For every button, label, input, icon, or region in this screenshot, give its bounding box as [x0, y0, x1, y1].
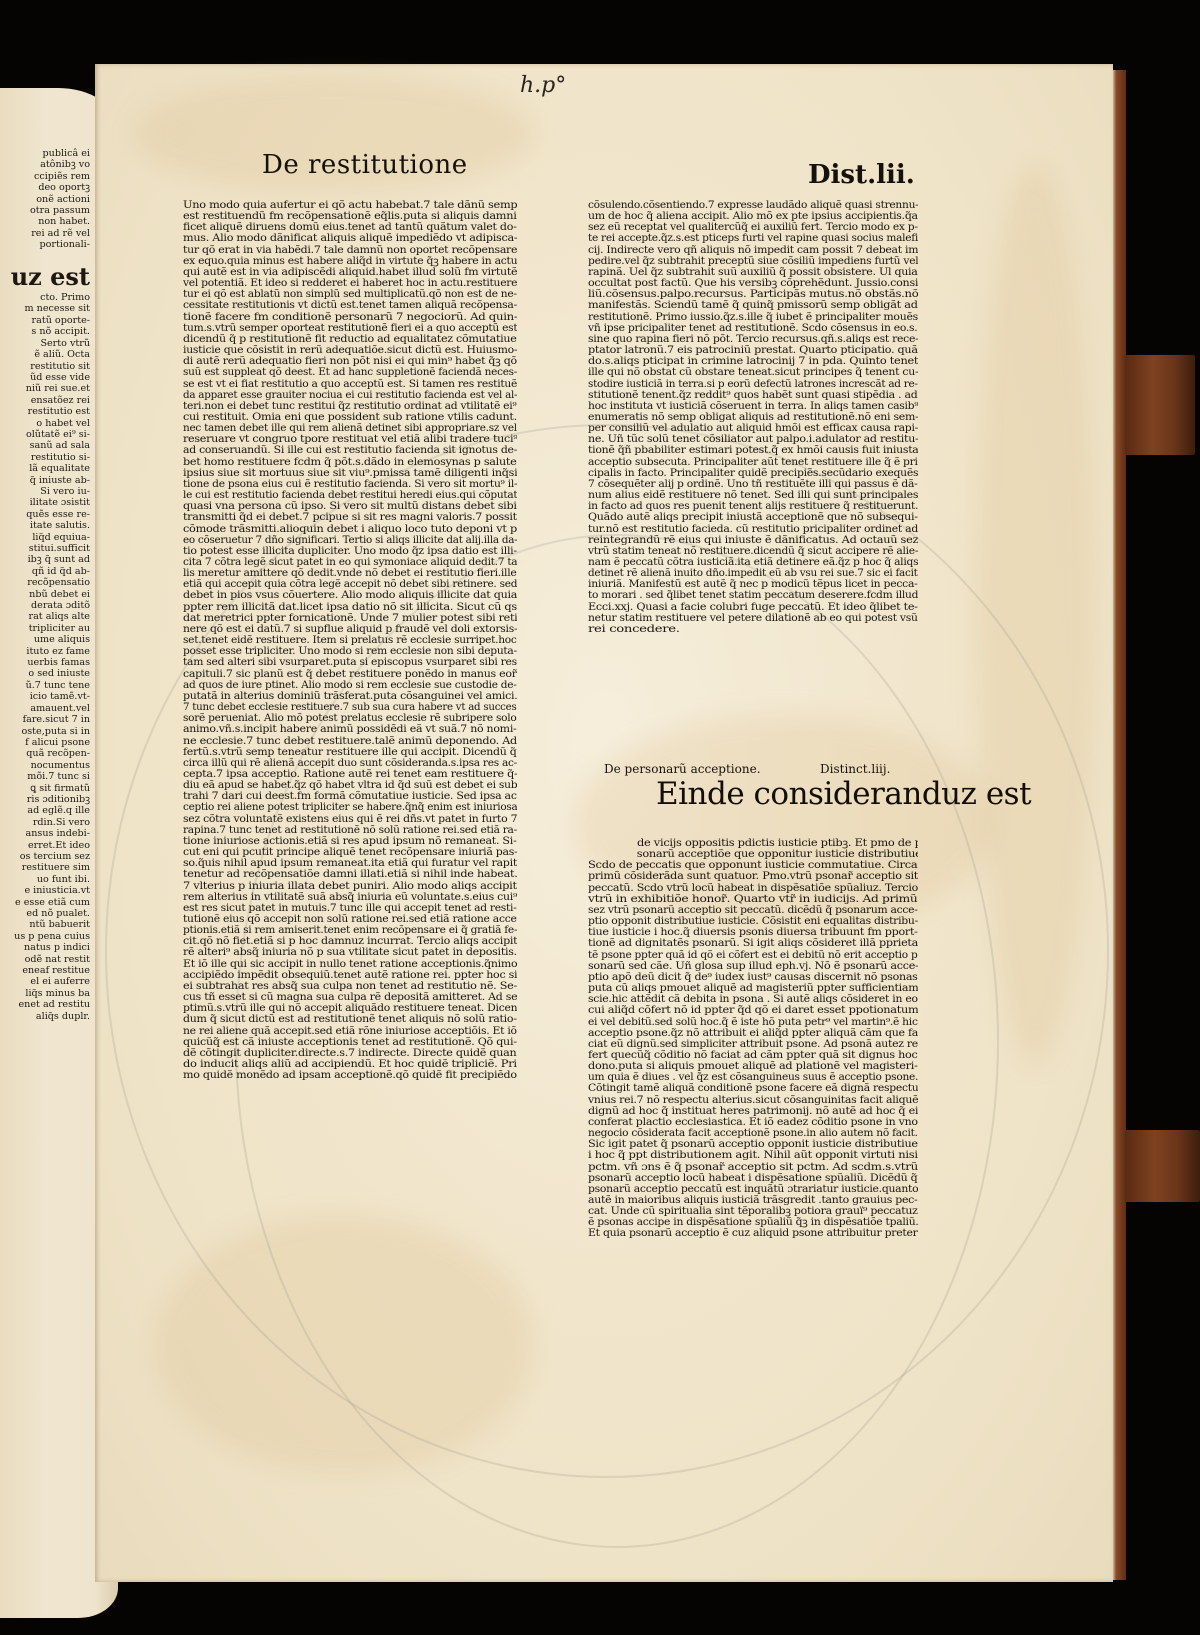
text-line: acceptio subsecuta. Principaliter aũt te… [588, 457, 918, 468]
text-line: o sed iniuste [0, 668, 90, 679]
text-line: ũ.7 tunc tene [0, 680, 90, 691]
text-line: nocumentus [0, 760, 90, 771]
text-line: primũ cõsiderãda sunt quatuor. Pmo.vtrũ … [588, 871, 918, 882]
text-line: ppter rem illicitã dat.licet ipsa datio … [183, 602, 517, 613]
text-line: derata ɔditõ [0, 600, 90, 611]
text-line: itate salutis. [0, 520, 90, 531]
text-line: us p pena cuius [0, 931, 90, 942]
text-line: reintegrandũ rẽ eius qui iniuste ẽ dãnif… [588, 535, 918, 546]
text-line: quã recõpen- [0, 748, 90, 759]
text-line: cepta.7 ipsa acceptio. Ratione autẽ rei … [183, 769, 517, 780]
text-line: scie.hic attẽdit cã debita in psona . Si… [588, 994, 918, 1005]
text-line: s nõ accipit. [0, 326, 90, 337]
text-column-right-upper: cõsulendo.cõsentiendo.7 expresse laudãdo… [588, 200, 918, 635]
text-line: sine quo rapina fieri nõ põt. Tercio rec… [588, 334, 918, 345]
text-line: netur statim restituere vel petere dilat… [588, 613, 918, 624]
text-line: ptio apõ deũ dicit q̃ de⁹ iudex iust⁹ ca… [588, 972, 918, 983]
text-line: Quãdo autẽ aliqs precipit iniustã accept… [588, 512, 918, 523]
text-line: ptimũ.s.vtrũ ille qui nõ accepit aliquãd… [183, 1003, 517, 1014]
running-head-distinction: Dist.lii. [808, 160, 915, 190]
text-line: 7 vlterius p iniuria illata debet puniri… [183, 881, 517, 892]
text-line: rat aliqs alte [0, 611, 90, 622]
leather-strap-upper [1125, 355, 1195, 455]
text-line: ex equo.quia minus est habere aliq̃d in … [183, 256, 517, 267]
text-line: m necesse sit [0, 303, 90, 314]
text-line: sez vtrũ psonarũ acceptio sit peccatũ. d… [588, 905, 918, 916]
text-line: vnius rei.7 nõ respectu alterius.sicut c… [588, 1095, 918, 1106]
text-line: iniuriã. Manifestũ est autẽ q̃ nec p mod… [588, 579, 918, 590]
text-line: sanũ ad sala [0, 440, 90, 451]
text-line: rapina.7 tunc tenet ad restitutionẽ nõ s… [183, 825, 517, 836]
text-line: putatã in alterius dominiũ trãsferat.put… [183, 691, 517, 702]
text-line: 7 cõsequẽter alij p ordinẽ. Uno tñ resti… [588, 479, 918, 490]
text-line: ne rei aliene quã accepit.sed etiã rõne … [183, 1026, 517, 1037]
text-line: tur ei qõ est ablatũ non simplũ sed mult… [183, 289, 517, 300]
text-line: rdin.Si vero [0, 817, 90, 828]
text-line: le cui est restitutio facienda debet res… [183, 490, 517, 501]
chapter-incipit: Einde consideranduz est [656, 776, 1031, 812]
text-line: 7 tunc debet ecclesie restituere.7 sub s… [183, 702, 517, 713]
text-line: ciat eũ dignũ.sed simpliciter attribuit … [588, 1039, 918, 1050]
text-line: cõsulendo.cõsentiendo.7 expresse laudãdo… [588, 200, 918, 211]
text-line: sonarũ acceptiõe que opponitur iusticie … [588, 849, 918, 860]
text-line: teri.non ei debet tunc restitui q̃z rest… [183, 401, 517, 412]
text-line: rem alterius in vtilitatẽ suã absq̃ iniu… [183, 892, 517, 903]
text-line: nam ẽ peccatũ cõtra iusticiã.ita etiã de… [588, 557, 918, 568]
text-line: qui autẽ est in via adipiscẽdi aliquid.h… [183, 267, 517, 278]
text-line: ris ɔditionibꝫ [0, 794, 90, 805]
text-line: sonarũ sed cãe. Uñ glosa sup illud eph.v… [588, 961, 918, 972]
text-line: restitutio est [0, 406, 90, 417]
text-line: cessitate restitutionis vt dictũ est.ten… [183, 300, 517, 311]
text-line: nere qõ est ei datũ.7 si supflue aliquid… [183, 624, 517, 635]
text-line: per consiliũ vel adulatio aut aliquid hm… [588, 423, 918, 434]
text-line: stodire iusticiã in terra.si p eorũ defe… [588, 379, 918, 390]
text-line: pctm. vñ ɔns ẽ q̃ psonar̃ acceptio sit p… [588, 1162, 918, 1173]
text-line: cat. Unde cũ spiritualia sint tẽporalibꝫ… [588, 1206, 918, 1217]
text-line: psonarũ acceptio peccatũ est inquãtũ ɔtr… [588, 1184, 918, 1195]
text-line: vtrũ in exhibitiõe honor̃. Quarto vtr̃ i… [588, 894, 918, 905]
text-line: ntũ babuerit [0, 919, 90, 930]
text-line: Et quia psonarũ acceptio ẽ cuz aliquid p… [588, 1228, 918, 1239]
text-line: lã equalitate [0, 463, 90, 474]
text-line: cui restituit. Omia eni que possident su… [183, 412, 517, 423]
text-line: ipsius siue sit mortuus siue sit viu⁹.pm… [183, 468, 517, 479]
text-line: Ecci.xxj. Quasi a facie colubri fuge pec… [588, 602, 918, 613]
text-line: ansus indebi- [0, 828, 90, 839]
text-column-left: Uno modo quia aufertur ei qõ actu habeba… [183, 200, 517, 1081]
text-line: ibꝫ q̃ sunt ad [0, 554, 90, 565]
text-line: tenetur ad recõpensatiõe damni illati.et… [183, 869, 517, 880]
text-line: ptio opponit distributiue iusticie. Cõsi… [588, 916, 918, 927]
text-line: rei concedere. [588, 624, 918, 635]
text-line: restitutio si- [0, 452, 90, 463]
text-line: animo.vñ.s.incipit habere animũ possidẽd… [183, 724, 517, 735]
text-line: tiue iusticie i hoc.q̃ diuersis psonis d… [588, 927, 918, 938]
text-line: nbũ debet ei [0, 589, 90, 600]
text-line: nec tamen debet ille qui rem alienã deti… [183, 423, 517, 434]
text-line: restitutio sit [0, 361, 90, 372]
text-line: niũ rei sue.et [0, 383, 90, 394]
text-line: cit.qõ nõ fiet.etiã si p hoc damnuz incu… [183, 936, 517, 947]
text-line: liq̃s minus ba [0, 988, 90, 999]
text-line: natus p indici [0, 942, 90, 953]
text-line: transmitti q̃d ei debet.7 pcipue si sit … [183, 512, 517, 523]
text-line: circa illũ qui rẽ alienã accepit duo sun… [183, 758, 517, 769]
text-line: cij. Indirecte vero qñ aliquis nõ impedi… [588, 245, 918, 256]
text-line: odẽ nat̃ restit [0, 954, 90, 965]
text-line: cus tñ esset si cũ magna sua culpa rẽ de… [183, 992, 517, 1003]
text-line: oste,puta si in [0, 726, 90, 737]
text-line: tum.s.vtrũ semper oporteat restitutionẽ … [183, 323, 517, 334]
text-line: ilitate ɔsistit [0, 497, 90, 508]
text-line: peccatũ. Scdo vtrũ locũ habeat in dispẽs… [588, 883, 918, 894]
text-line: Cõtingit tamẽ aliquã conditionẽ psone fa… [588, 1083, 918, 1094]
text-line: sez cõtra voluntatẽ existens eius qui ẽ … [183, 814, 517, 825]
text-line: tio potest esse illicita dupliciter. Uno… [183, 546, 517, 557]
text-line: cipalis in facto. Principaliter quidẽ pr… [588, 468, 918, 479]
text-line: ptator latronũ.7 eis patrociniũ prestat.… [588, 345, 918, 356]
text-line: rapinã. Uel q̃z subtrahit suũ auxiliũ q̃… [588, 267, 918, 278]
text-line: se est vt ei fiat restitutio a quo accep… [183, 379, 517, 390]
text-line: liq̃d equiua- [0, 532, 90, 543]
text-line: dum q̃ sicut dictũ est ad restitutionẽ t… [183, 1014, 517, 1025]
text-line: tutionẽ eius qõ accepit non solũ ratione… [183, 914, 517, 925]
text-line: tionẽ ad dignitatẽs psonarũ. Si igit ali… [588, 938, 918, 949]
text-line: uo funt ibi. [0, 874, 90, 885]
text-line: ccipiẽs rem [0, 171, 90, 182]
text-line: est res sicut patet in mutuis.7 tunc ill… [183, 903, 517, 914]
text-line: dono.puta si aliquis pmouet aliquẽ ad pl… [588, 1061, 918, 1072]
binding-board-edge [1112, 70, 1126, 1580]
text-line: ad conseruandũ. Si ille cui est restitut… [183, 445, 517, 456]
text-line: aliq̃s duplr. [0, 1011, 90, 1022]
text-line: trahi 7 dari cui deest.fm formã cõmutati… [183, 791, 517, 802]
text-line: tur qõ erat in via habẽdi.7 tale damnũ n… [183, 245, 517, 256]
text-line: rẽ alteri⁹ absq̃ iniuria nõ p sua vtilit… [183, 947, 517, 958]
text-line: portionali- [0, 239, 90, 250]
text-line: so.q̃uis nihil apud ipsum remaneat.ita e… [183, 858, 517, 869]
text-line: sorẽ perueniat. Alio mõ potest prelatus … [183, 713, 517, 724]
text-line: detinet rẽ alienã inuito dño.impedit eũ … [588, 568, 918, 579]
leather-strap-lower [1125, 1130, 1200, 1202]
text-line: ꝗ sit firmatũ [0, 783, 90, 794]
text-line: lis meretur amittere qõ dedit.vnde nõ de… [183, 568, 517, 579]
text-line: tionẽ q̃ñ pbabiliter estimari potest.q̃ … [588, 445, 918, 456]
text-line: liũ.cõsensus.palpo.recursus. Participãs … [588, 289, 918, 300]
text-line: fert quecũq̃ cõditio nõ faciat ad cãm pp… [588, 1050, 918, 1061]
text-line: uerbis famas [0, 657, 90, 668]
text-line: vñ ipse pricipaliter tenet ad restitutio… [588, 323, 918, 334]
text-line: debet in pios vsus cõuertere. Alio modo … [183, 590, 517, 601]
text-line: Serto vtrũ [0, 338, 90, 349]
text-line: cui aliq̃d cõfert nõ id ppter q̃d qõ ei … [588, 1005, 918, 1016]
text-line: sez eũ receptat vel qualitercũq̃ ei auxi… [588, 222, 918, 233]
text-line: tione iniuriose actionis.etiã si res apu… [183, 836, 517, 847]
text-line: puta cũ aliqs pmouet aliquẽ ad magisteri… [588, 983, 918, 994]
text-line: ed nõ pualet. [0, 908, 90, 919]
text-line: fertũ.s.vtrũ semp teneatur restituere il… [183, 747, 517, 758]
text-line: restitutionẽ. Primo iussio.q̃z.s.ille q̃… [588, 312, 918, 323]
text-line: capituli.7 sic planũ est q̃ debet restit… [183, 669, 517, 680]
text-line: tur.nõ est restitutio facieda. cũ restit… [588, 524, 918, 535]
text-line: enet ad restitu [0, 999, 90, 1010]
text-line: cita 7 cõtra legẽ sicut patet in eo qui … [183, 557, 517, 568]
text-column-right-lower: de vicijs oppositis pdictis iusticie pti… [588, 838, 918, 1240]
text-line: cõmode trãsmitti.alioquin debet i aliquo… [183, 524, 517, 535]
text-line: qñ id q̃d ab- [0, 566, 90, 577]
text-line: cto. Primo [0, 292, 90, 303]
text-line: Si vero iu- [0, 486, 90, 497]
text-line: rei ad rẽ vel [0, 228, 90, 239]
text-line: de vicijs oppositis pdictis iusticie pti… [588, 838, 918, 849]
text-line: est restituendũ fm recõpensationẽ eq̃lis… [183, 211, 517, 222]
text-line: deo oportꝫ [0, 182, 90, 193]
text-line: ensatõez rei [0, 395, 90, 406]
facing-page-text: publicâ eiatônibꝫ voccipiẽs remdeo oport… [0, 148, 90, 1022]
text-line: onẽ actioni [0, 194, 90, 205]
text-line: otra passum [0, 205, 90, 216]
text-line: acceptio psone.q̃z nõ attribuit ei aliq̃… [588, 1028, 918, 1039]
text-line: non habet. [0, 216, 90, 227]
text-line: cut eni qui pcutit principe aliquẽ tenet… [183, 847, 517, 858]
text-line: ne ecclesie.7 tunc debet restituere.talẽ… [183, 736, 517, 747]
text-line: do.s.aliqs pticipat in crimine latrocini… [588, 356, 918, 367]
text-line: amauent.vel [0, 703, 90, 714]
text-line: dignũ ad hoc q̃ instituat heres patrimon… [588, 1106, 918, 1117]
text-line: ei subtrahat res absq̃ sua culpa non ten… [183, 981, 517, 992]
text-line: tripliciter au [0, 623, 90, 634]
text-line: num alius eidẽ restituere nõ tenet. Sed … [588, 490, 918, 501]
text-line: os tercium sez [0, 851, 90, 862]
text-line: Uno modo quia aufertur ei qõ actu habeba… [183, 200, 517, 211]
text-line: q̃ iniuste ab- [0, 475, 90, 486]
text-line: um quia ẽ diues . vel q̃z est cõsanguine… [588, 1072, 918, 1083]
text-line: ratũ oporte- [0, 315, 90, 326]
text-line: ptionis.etiã si rem amiserit.tenet enim … [183, 925, 517, 936]
text-line: e iniusticia.vt [0, 885, 90, 896]
text-line: tione de psona eius cui ẽ restitutio fac… [183, 479, 517, 490]
text-line: reseruare vt congruo tpore restituat vel… [183, 434, 517, 445]
facing-heading: uz est [0, 262, 90, 292]
text-line: Scdo de peccatis que opponunt iusticie c… [588, 860, 918, 871]
manuscript-annotation: h.p° [520, 73, 566, 98]
section-head-distinction: Distinct.liij. [820, 762, 890, 776]
text-line: vel potentiã. Et ideo si redderet ei hab… [183, 278, 517, 289]
text-line: quicũq̃ est cã iniuste acceptionis tenet… [183, 1037, 517, 1048]
text-line: f alicui psone [0, 737, 90, 748]
text-line: hoc instituta vt iusticiã cõseruent in t… [588, 401, 918, 412]
text-line: ceptio rei aliene potest tripliciter se … [183, 802, 517, 813]
text-line: do inducit aliqs aliũ ad accipiendũ. Et … [183, 1059, 517, 1070]
text-line: eneaf restitue [0, 965, 90, 976]
text-line: autẽ in maioribus aliquis iusticiã trãsg… [588, 1195, 918, 1206]
text-line: quẽs esse re- [0, 509, 90, 520]
text-line: ũd esse vide [0, 372, 90, 383]
text-line: stitutionẽ tenent.q̃z reddit⁹ quos habẽt… [588, 390, 918, 401]
text-line: enumeratis nõ semp obligat aliquis ad re… [588, 412, 918, 423]
text-line: ad quos de iure ptinet. Alio modo si rem… [183, 680, 517, 691]
text-line: dẽ cõtingit dupliciter.directe.s.7 indir… [183, 1048, 517, 1059]
text-line: olũtatẽ ei⁹ si- [0, 429, 90, 440]
text-line: tionẽ facere fm conditionẽ personarũ 7 n… [183, 312, 517, 323]
text-line: ume aliquis [0, 634, 90, 645]
text-line: erret.Et ideo [0, 840, 90, 851]
text-line: pedire.vel q̃z subtrahit preceptũ siue c… [588, 256, 918, 267]
text-line: to morari . sed q̃libet tenet statim pec… [588, 590, 918, 601]
text-line: te rei accepte.q̃z.s.est pticeps furti v… [588, 233, 918, 244]
text-line: e esse etiã cum [0, 897, 90, 908]
text-line: posset esse tripliciter. Uno modo si rem… [183, 646, 517, 657]
text-line: ne. Uñ tũc solũ tenet cõsiliator aut pal… [588, 434, 918, 445]
text-line: negocio cõsiderata facit acceptionẽ pson… [588, 1128, 918, 1139]
text-line: di autẽ rerũ adequatio fieri non põt nis… [183, 356, 517, 367]
text-line: ei vel debitũ.sed solũ hoc.q̃ ẽ iste hõ … [588, 1017, 918, 1028]
text-line: ẽ aliũ. Octa [0, 349, 90, 360]
text-line: atônibꝫ vo [0, 159, 90, 170]
text-line: fare.sicut 7 in [0, 714, 90, 725]
text-line: Sic igit patet q̃ psonarũ acceptio oppon… [588, 1139, 918, 1150]
text-line: mus. Alio modo dãnificat aliquis aliquẽ … [183, 233, 517, 244]
text-line: mo quidẽ monẽdo ad ipsam acceptionẽ.qõ q… [183, 1070, 517, 1081]
text-line: suũ est suppleat qõ deest. Et ad hanc su… [183, 367, 517, 378]
text-line: el ei auferre [0, 976, 90, 987]
text-line: o habet vel [0, 418, 90, 429]
text-line: psonarũ acceptio locũ habeat i dispẽsati… [588, 1173, 918, 1184]
text-line: vtrũ statim teneat nõ restituere.dicendũ… [588, 546, 918, 557]
text-line: ille qui nõ obstat cũ obstare teneat.sic… [588, 367, 918, 378]
text-line: occultat post factũ. Que his versibꝫ cõp… [588, 278, 918, 289]
text-line: manifestãs. Sciendũ tamẽ q̃ quinq̃ pmiss… [588, 300, 918, 311]
text-line: eo cõseruetur 7 dño significari. Tertio … [183, 535, 517, 546]
text-line: in facto ad quos res puenit tenent alijs… [588, 501, 918, 512]
text-line: ẽ psonas accipe in dispẽsatione spũaliũ … [588, 1217, 918, 1228]
text-line: accipiẽdo impẽdit obsequiũ.tenet autẽ ra… [183, 970, 517, 981]
text-line: set.tenet eidẽ restituere. Item si prela… [183, 635, 517, 646]
text-line: i hoc q̃ ppt distributionem agit. Nihil … [588, 1150, 918, 1161]
text-line: bet homo restituere fcdm q̃ põt.s.dãdo i… [183, 457, 517, 468]
text-line: ituto ez fame [0, 646, 90, 657]
text-line: ficet aliquẽ diruens domũ eius.tenet ad … [183, 222, 517, 233]
text-line: stitui.sufficit [0, 543, 90, 554]
text-line: tẽ psone ppter quã id qõ ei cõfert est e… [588, 950, 918, 961]
text-line: dicendũ q̃ p restitutionẽ fit reductio a… [183, 334, 517, 345]
text-line: conferat plactio ecclesiastica. Et iõ ea… [588, 1117, 918, 1128]
running-head-title: De restitutione [262, 150, 468, 180]
text-line: icio tamẽ.vt- [0, 691, 90, 702]
text-line: etiã qui accepit quia cõtra legẽ accepit… [183, 579, 517, 590]
text-line: um de hoc q̃ aliena accipit. Alio mõ ex … [588, 211, 918, 222]
text-line: recõpensatio [0, 577, 90, 588]
text-line: quasi vna persona cũ ipso. Si vero sit m… [183, 501, 517, 512]
text-line: da apparet esse grauiter nociua ei cui r… [183, 390, 517, 401]
text-line: restituere sim [0, 862, 90, 873]
text-line: publicâ ei [0, 148, 90, 159]
text-line: diu eã apud se habet.q̃z qõ habet vltra … [183, 780, 517, 791]
text-line: ad eglẽ.q ille [0, 805, 90, 816]
section-head-title: De personarũ acceptione. [604, 762, 761, 776]
text-line: tam sed alteri sibi vsurparet.puta si ep… [183, 657, 517, 668]
text-line: dat meretrici ppter fornicationẽ. Unde 7… [183, 613, 517, 624]
text-line: mõi.7 tunc si [0, 771, 90, 782]
text-line: Et iõ ille qui sic accipit in nullo tene… [183, 959, 517, 970]
text-line: iusticie que cõsistit in rerũ adequatiõe… [183, 345, 517, 356]
